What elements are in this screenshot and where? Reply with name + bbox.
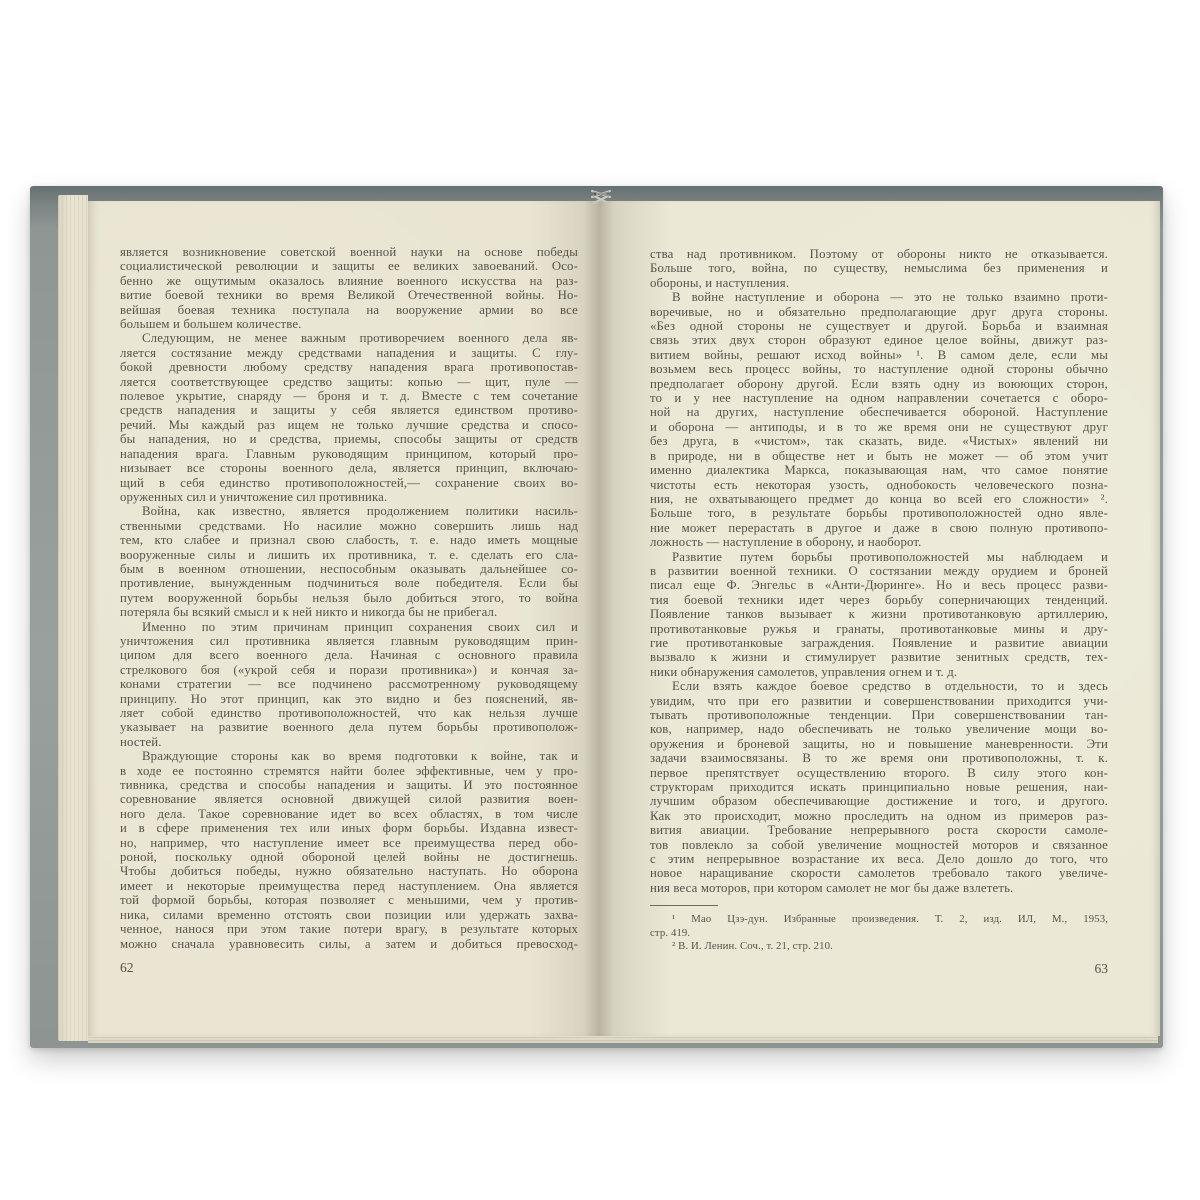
text-line: Если взять каждое боевое средство в отде…	[650, 679, 1108, 693]
text-line: бенно же ощутимым оказалось влияние воен…	[120, 274, 578, 288]
text-line: роной, поскольку одной обороной целей во…	[120, 850, 578, 864]
text-line: Следующим, не менее важным противоречием…	[120, 331, 578, 345]
text-line: Враждующие стороны как во время подготов…	[120, 749, 578, 763]
text-line: Чтобы добиться победы, нужно обязательно…	[120, 864, 578, 878]
text-line: увидим, что при его развитии и совершенс…	[650, 694, 1108, 708]
text-line: ляет собой единство противоположностей, …	[120, 706, 578, 720]
text-line: тов повлекло за собой увеличение мощност…	[650, 838, 1108, 852]
footnote-block: ¹ Мао Цзэ-дун. Избранные произведения. Т…	[650, 913, 1108, 954]
text-line: ние может перерастать в другое и даже в …	[650, 521, 1108, 535]
text-line: бы нападения, но и средства, приемы, спо…	[120, 432, 578, 446]
text-line: оруженных сил и уничтожение сил противни…	[120, 490, 578, 504]
text-line: в развитии военной техники. О состязании…	[650, 564, 1108, 578]
right-page-text-block: ства над противником. Поэтому от обороны…	[650, 247, 1108, 895]
text-line: то и у нее наступление на одном направле…	[650, 391, 1108, 405]
text-line: с этим непрерывное возрастание их веса. …	[650, 852, 1108, 866]
text-line: но, например, что наступление имеет все …	[120, 836, 578, 850]
text-line: новое наращивание скорости самолетов тре…	[650, 866, 1108, 880]
text-line: путем вооруженной борьбы нельзя было доб…	[120, 591, 578, 605]
text-line: соревнование является основной движущей …	[120, 792, 578, 806]
footnote-line: стр. 419.	[650, 927, 1108, 941]
text-line: чистоты есть некоторая узость, однобокос…	[650, 478, 1108, 492]
text-line: воречивые, но и обязательно предполагающ…	[650, 305, 1108, 319]
text-line: конами стратегии — все подчинено рассмот…	[120, 677, 578, 691]
text-line: гие противотанковые заграждения. Появлен…	[650, 636, 1108, 650]
text-line: витием войны, решают исход войны» ¹. В с…	[650, 348, 1108, 362]
text-line: низывает все стороны военного дела, явля…	[120, 461, 578, 475]
open-pages: является возникновение советской военной…	[88, 201, 1160, 1036]
text-line: без друга, в «чистом», так сказать, виде…	[650, 434, 1108, 448]
text-line: указывает на развитие военного дела путе…	[120, 720, 578, 734]
text-line: витие боевой техники во время Великой От…	[120, 288, 578, 302]
text-line: щий в себя единство противоположностей,—…	[120, 476, 578, 490]
text-line: Война, как известно, является продолжени…	[120, 504, 578, 518]
text-line: и в сфере применения тех или иных форм б…	[120, 821, 578, 835]
text-line: тия боевой техники идет через борьбу соп…	[650, 593, 1108, 607]
text-line: потеряла бы всякий смысл и к ней никто и…	[120, 605, 578, 619]
text-line: задачи взаимосвязаны. В то же время они …	[650, 751, 1108, 765]
text-line: той формой борьбы, которая позволяет с м…	[120, 893, 578, 907]
text-line: обороны, и наступления.	[650, 276, 1108, 290]
text-line: ченное, нанося при этом такие потери вра…	[120, 922, 578, 936]
footnote-separator	[650, 905, 718, 906]
text-line: первое препятствует осуществлению второг…	[650, 766, 1108, 780]
text-line: ники обнаружения самолетов, управления о…	[650, 665, 1108, 679]
text-line: вызвало к жизни и стимулирует развитие з…	[650, 650, 1108, 664]
text-line: Больше того, война, по существу, немысли…	[650, 261, 1108, 275]
text-line: бым в военном отношении, неспособным ока…	[120, 562, 578, 576]
text-line: уничтожения сил противника является глав…	[120, 634, 578, 648]
text-line: Появление танков вызывает к жизни против…	[650, 607, 1108, 621]
text-line: писал еще Ф. Энгельс в «Анти-Дюринге». Н…	[650, 578, 1108, 592]
text-line: ков, например, надо обеспечивать не толь…	[650, 722, 1108, 736]
text-line: возьмем весь процесс войны, то наступлен…	[650, 362, 1108, 376]
text-line: стрелкового боя («укрой себя и порази пр…	[120, 663, 578, 677]
text-line: ложность — наступление в оборону, и наоб…	[650, 535, 1108, 549]
left-page: является возникновение советской военной…	[88, 201, 600, 1036]
left-page-text-block: является возникновение советской военной…	[120, 245, 578, 951]
text-line: ного дела. Такое соревнование идет во вс…	[120, 807, 578, 821]
text-line: вооруженные силы и лишить их противника,…	[120, 548, 578, 562]
photo-of-open-book: является возникновение советской военной…	[0, 0, 1200, 1200]
page-number-right: 63	[650, 961, 1108, 977]
text-line: нападения врага. Главным руководящим при…	[120, 447, 578, 461]
text-line: тем, кто слабее и признал свою слабость,…	[120, 533, 578, 547]
text-line: Именно по этим причинам принцип сохранен…	[120, 620, 578, 634]
text-line: Развитие путем борьбы противоположностей…	[650, 550, 1108, 564]
text-line: «Без одной стороны не существует и друго…	[650, 319, 1108, 333]
text-line: средств нападения и защиты у себя являет…	[120, 403, 578, 417]
text-line: предполагает оборону другой. Если взять …	[650, 377, 1108, 391]
text-line: оружения и броневой защиты, но и повышен…	[650, 737, 1108, 751]
book-cover: является возникновение советской военной…	[30, 186, 1163, 1048]
text-line: и оборона — антиподы, и в то же время он…	[650, 420, 1108, 434]
right-page: ства над противником. Поэтому от обороны…	[600, 201, 1160, 1036]
text-line: большем и большем количестве.	[120, 317, 578, 331]
text-line: вития авиации. Требование непрерывного р…	[650, 823, 1108, 837]
text-line: ляется соответствующее средство защиты: …	[120, 375, 578, 389]
text-line: можно сначала уравновесить силы, а затем…	[120, 937, 578, 951]
text-line: ципом для всего военного дела. Начиная с…	[120, 648, 578, 662]
text-line: тивника, средства и способы нападения и …	[120, 778, 578, 792]
text-line: имеет и некоторые преимущества перед нас…	[120, 879, 578, 893]
text-line: связь этих двух сторон образуют единое ц…	[650, 333, 1108, 347]
text-line: ника, силами временно отстоять свои пози…	[120, 908, 578, 922]
text-line: Как это происходит, можно проследить на …	[650, 809, 1108, 823]
text-line: ния веса моторов, при котором самолет не…	[650, 881, 1108, 895]
text-line: бокой древности любому средству нападени…	[120, 360, 578, 374]
text-line: речий. Мы каждый раз ищем не только лучш…	[120, 418, 578, 432]
text-line: противление, вынужденным подчиниться вол…	[120, 576, 578, 590]
text-line: тывать противоположные тенденции. При со…	[650, 708, 1108, 722]
text-line: является возникновение советской военной…	[120, 245, 578, 259]
text-line: ния, не охватывающего предмет до конца в…	[650, 492, 1108, 506]
text-line: противотанковые ружья и гранаты, противо…	[650, 622, 1108, 636]
text-line: ностей.	[120, 735, 578, 749]
text-line: Больше того, в результате борьбы противо…	[650, 506, 1108, 520]
text-line: социалистической революции и защиты ее в…	[120, 259, 578, 273]
page-edge-stack-left	[58, 195, 88, 1041]
text-line: ства над противником. Поэтому от обороны…	[650, 247, 1108, 261]
text-line: вейшая боевая техника поступала на воору…	[120, 303, 578, 317]
text-line: принципу. Но этот принцип, как это видно…	[120, 692, 578, 706]
page-number-left: 62	[120, 960, 578, 976]
footnote-line: ² В. И. Ленин. Соч., т. 21, стр. 210.	[650, 940, 1108, 954]
footnote-line: ¹ Мао Цзэ-дун. Избранные произведения. Т…	[650, 913, 1108, 927]
text-line: в природе, ни в обществе нет и быть не м…	[650, 449, 1108, 463]
text-line: В войне наступление и оборона — это не т…	[650, 290, 1108, 304]
text-line: полевое укрытие, снаряду — броня и т. д.…	[120, 389, 578, 403]
text-line: ляется состязание между средствами напад…	[120, 346, 578, 360]
text-line: ной на других, наступление обеспечиваетс…	[650, 405, 1108, 419]
text-line: в ходе ее постоянно стремятся найти боле…	[120, 764, 578, 778]
text-line: именно диалектика Маркса, показывающая н…	[650, 463, 1108, 477]
text-line: ственными средствами. Но насилие можно с…	[120, 519, 578, 533]
text-line: структорам приходится искать принципиаль…	[650, 780, 1108, 794]
text-line: лучшим образом обеспечивающие достижение…	[650, 794, 1108, 808]
